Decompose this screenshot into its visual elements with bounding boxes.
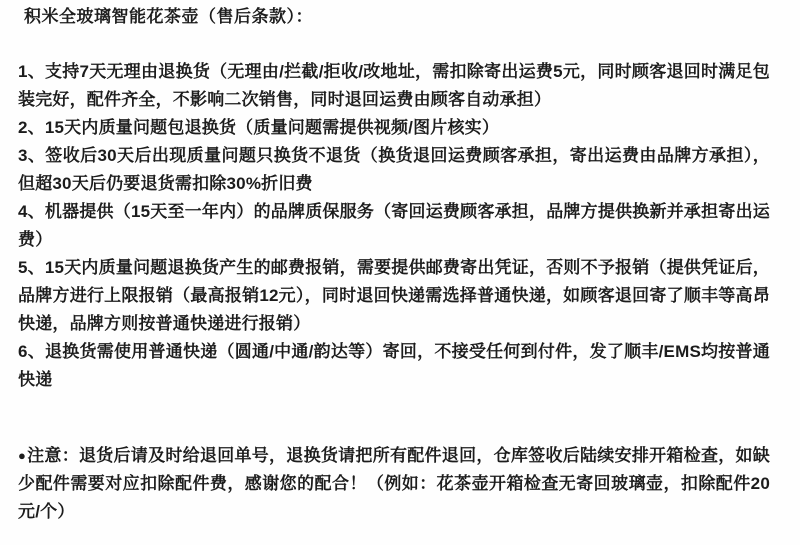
term-item-6: 6、退换货需使用普通快递（圆通/中通/韵达等）寄回，不接受任何到付件，发了顺丰/… — [18, 338, 770, 394]
term-item-4: 4、机器提供（15天至一年内）的品牌质保服务（寄回运费顾客承担，品牌方提供换新并… — [18, 198, 770, 254]
bullet-dot-icon: ● — [18, 448, 27, 463]
terms-list: 1、支持7天无理由退换货（无理由/拦截/拒收/改地址，需扣除寄出运费5元，同时顾… — [18, 58, 770, 394]
document-title: 积米全玻璃智能花茶壶（售后条款）： — [24, 6, 770, 28]
term-item-3: 3、签收后30天后出现质量问题只换货不退货（换货退回运费顾客承担，寄出运费由品牌… — [18, 142, 770, 198]
term-item-2: 2、15天内质量问题包退换货（质量问题需提供视频/图片核实） — [18, 114, 770, 142]
notice-paragraph: ●注意：退货后请及时给退回单号，退换货请把所有配件退回，仓库签收后陆续安排开箱检… — [18, 442, 770, 526]
notice-text: 注意：退货后请及时给退回单号，退换货请把所有配件退回，仓库签收后陆续安排开箱检查… — [18, 446, 770, 521]
term-item-1: 1、支持7天无理由退换货（无理由/拦截/拒收/改地址，需扣除寄出运费5元，同时顾… — [18, 58, 770, 114]
term-item-5: 5、15天内质量问题退换货产生的邮费报销，需要提供邮费寄出凭证，否则不予报销（提… — [18, 254, 770, 338]
after-sales-terms-document: 积米全玻璃智能花茶壶（售后条款）： 1、支持7天无理由退换货（无理由/拦截/拒收… — [0, 0, 800, 545]
